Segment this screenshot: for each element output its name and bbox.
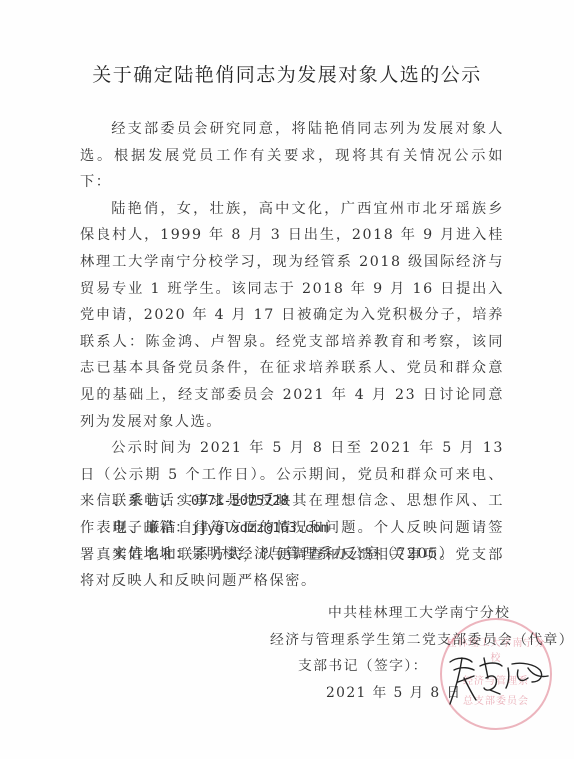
paragraph-candidate-info: 陆艳俏，女，壮族，高中文化，广西宜州市北牙瑶族乡保良村人，1999 年 8 月 … <box>80 196 504 435</box>
address-value: 景明楼经济与管理系办公室（7205） <box>191 546 455 562</box>
contact-email: 电子邮箱：jjyglxdzz@163.com <box>112 515 455 542</box>
paragraph-intro: 经支部委员会研究同意，将陆艳俏同志列为发展对象人选。根据发展党员工作有关要求，现… <box>80 116 504 196</box>
email-label: 电子邮箱： <box>112 520 191 536</box>
document-title: 关于确定陆艳俏同志为发展对象人选的公示 <box>0 60 574 87</box>
phone-label: 联系电话： <box>112 493 191 509</box>
contact-phone: 联系电话：0771-5075728 <box>112 488 455 515</box>
contact-info: 联系电话：0771-5075728 电子邮箱：jjyglxdzz@163.com… <box>112 488 455 568</box>
email-value: jjyglxdzz@163.com <box>191 520 329 536</box>
address-label: 来信地址： <box>112 546 191 562</box>
document-page: 关于确定陆艳俏同志为发展对象人选的公示 经支部委员会研究同意，将陆艳俏同志列为发… <box>0 0 574 759</box>
org-name-line1: 中共桂林理工大学南宁分校 <box>270 600 570 627</box>
contact-address: 来信地址：景明楼经济与管理系办公室（7205） <box>112 541 455 568</box>
phone-value: 0771-5075728 <box>191 493 289 509</box>
handwritten-signature-icon <box>444 648 554 708</box>
